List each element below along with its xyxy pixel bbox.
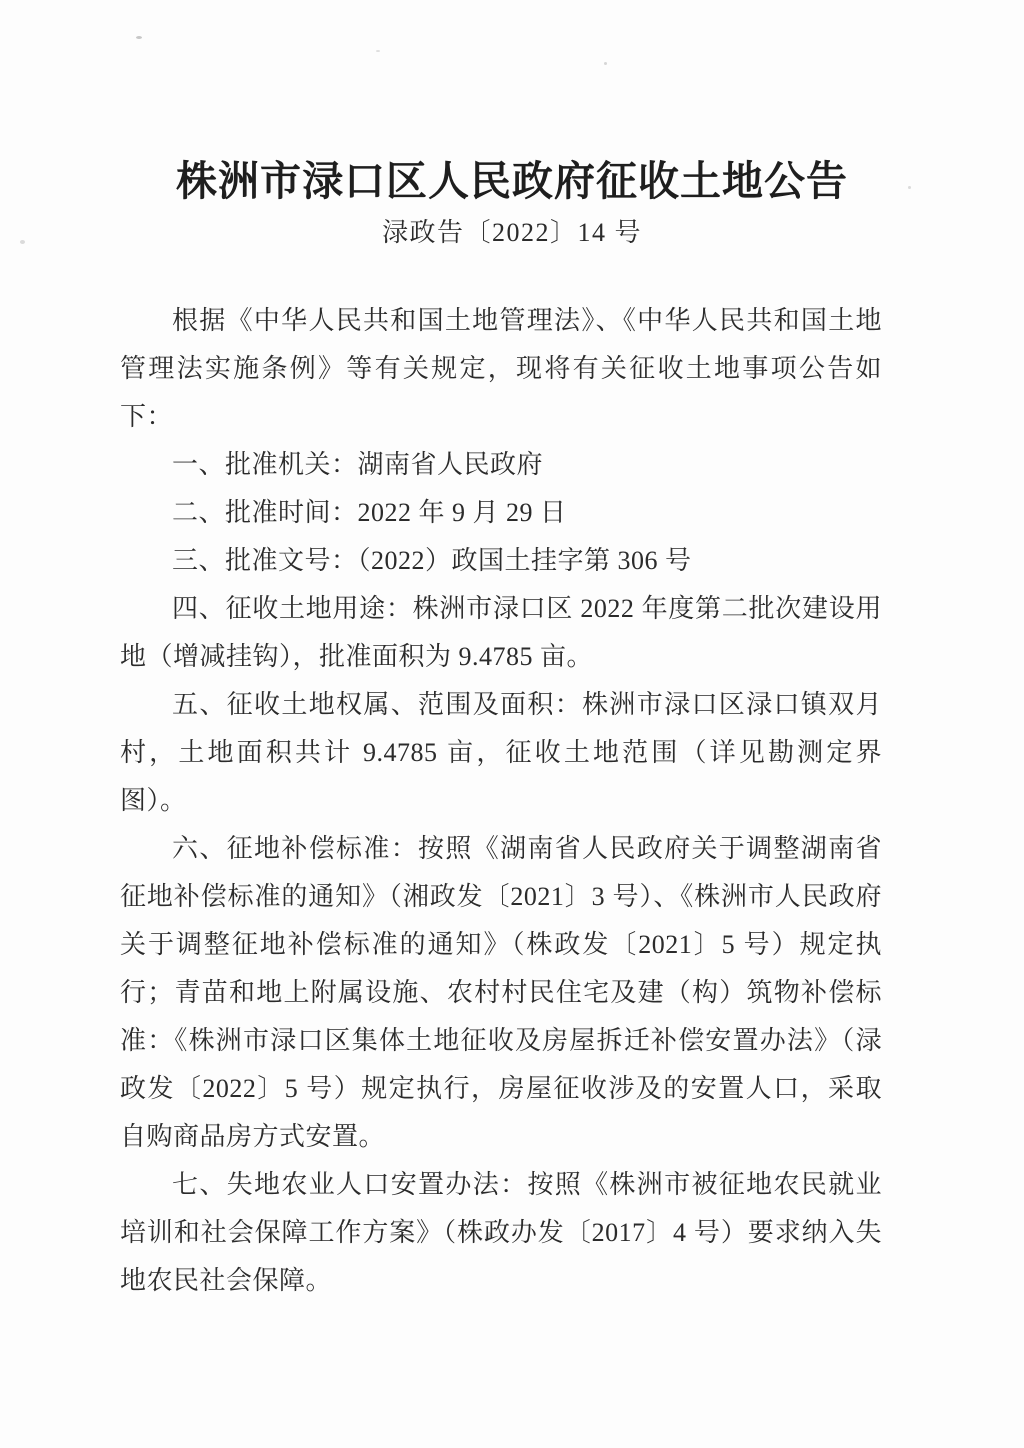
paragraph-item-7-resettlement-measures: 七、失地农业人口安置办法：按照《株洲市被征地农民就业培训和社会保障工作方案》（株…	[120, 1161, 882, 1305]
paragraph-item-4-land-use: 四、征收土地用途：株洲市渌口区 2022 年度第二批次建设用地（增减挂钩），批准…	[120, 585, 882, 681]
scan-speck	[604, 62, 607, 65]
paragraph-item-6-compensation-standard: 六、征地补偿标准：按照《湖南省人民政府关于调整湖南省征地补偿标准的通知》（湘政发…	[120, 825, 882, 1161]
announcement-page: 株洲市渌口区人民政府征收土地公告 渌政告〔2022〕14 号 根据《中华人民共和…	[0, 0, 1024, 1448]
document-title: 株洲市渌口区人民政府征收土地公告	[0, 148, 1024, 207]
document-number: 渌政告〔2022〕14 号	[0, 212, 1024, 249]
paragraph-intro: 根据《中华人民共和国土地管理法》、《中华人民共和国土地管理法实施条例》等有关规定…	[120, 297, 882, 441]
scan-speck	[376, 50, 380, 52]
scan-speck	[136, 36, 142, 39]
document-body: 根据《中华人民共和国土地管理法》、《中华人民共和国土地管理法实施条例》等有关规定…	[120, 297, 882, 1305]
paragraph-item-5-ownership-scope-area: 五、征收土地权属、范围及面积：株洲市渌口区渌口镇双月村，土地面积共计 9.478…	[120, 681, 882, 825]
paragraph-item-1-approving-authority: 一、批准机关：湖南省人民政府	[120, 441, 882, 489]
paragraph-item-3-approval-doc-number: 三、批准文号：（2022）政国土挂字第 306 号	[120, 537, 882, 585]
paragraph-item-2-approval-date: 二、批准时间：2022 年 9 月 29 日	[120, 489, 882, 537]
